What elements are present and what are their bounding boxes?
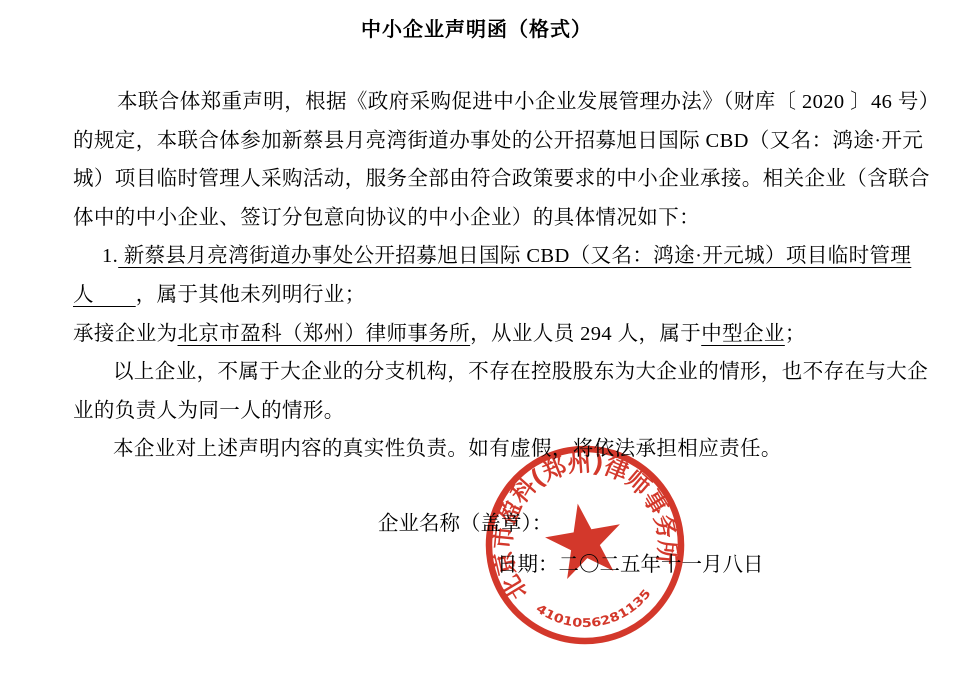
document-title: 中小企业声明函（格式） xyxy=(0,13,953,42)
paragraph3-line: 以上企业，不属于大企业的分支机构，不存在控股股东为大企业的情形，也不存在与大企 xyxy=(73,353,948,392)
item1-project-tail-underlined: 人 xyxy=(73,284,136,306)
paragraph1-line: 本联合体郑重声明，根据《政府采购促进中小企业发展管理办法》（财库〔 2020 〕… xyxy=(73,83,948,122)
undertaker-company-underlined: 北京市盈科（郑州）律师事务所 xyxy=(178,323,471,345)
seal-star-icon xyxy=(540,497,627,581)
document-body: 本联合体郑重声明，根据《政府采购促进中小企业发展管理办法》（财库〔 2020 〕… xyxy=(73,83,948,469)
paragraph1-line: 体中的中小企业、签订分包意向协议的中小企业）的具体情况如下： xyxy=(73,199,948,238)
undertaker-type-underlined: 中型企业 xyxy=(701,323,785,345)
paragraph3-line: 业的负责人为同一人的情形。 xyxy=(73,392,948,431)
undertaker-line: 承接企业为北京市盈科（郑州）律师事务所，从业人员 294 人，属于中型企业； xyxy=(73,315,948,354)
seal-number-text: 4101056281135 xyxy=(532,582,658,640)
company-seal: 北京市盈科(郑州)律师事务所 4101056281135 xyxy=(475,435,695,655)
undertaker-middle: ，从业人员 294 人，属于 xyxy=(470,323,701,345)
paragraph1-line: 城）项目临时管理人采购活动，服务全部由符合政策要求的中小企业承接。相关企业（含联… xyxy=(73,160,948,199)
item1-line2: 人 ，属于其他未列明行业； xyxy=(73,276,948,315)
undertaker-tail: ； xyxy=(785,323,806,345)
declaration-document-page: 中小企业声明函（格式） 本联合体郑重声明，根据《政府采购促进中小企业发展管理办法… xyxy=(0,0,953,691)
paragraph1-line: 的规定，本联合体参加新蔡县月亮湾街道办事处的公开招募旭日国际 CBD（又名：鸿途… xyxy=(73,122,948,161)
item1-project-name-underlined: 新蔡县月亮湾街道办事处公开招募旭日国际 CBD（又名：鸿途·开元城）项目临时管理 xyxy=(118,245,911,267)
svg-text:4101056281135: 4101056281135 xyxy=(532,582,658,640)
item1-line: 1. 新蔡县月亮湾街道办事处公开招募旭日国际 CBD（又名：鸿途·开元城）项目临… xyxy=(73,237,948,276)
item1-industry-text: ，属于其他未列明行业； xyxy=(136,284,366,306)
item1-number: 1. xyxy=(102,245,118,267)
undertaker-lead: 承接企业为 xyxy=(73,323,178,345)
